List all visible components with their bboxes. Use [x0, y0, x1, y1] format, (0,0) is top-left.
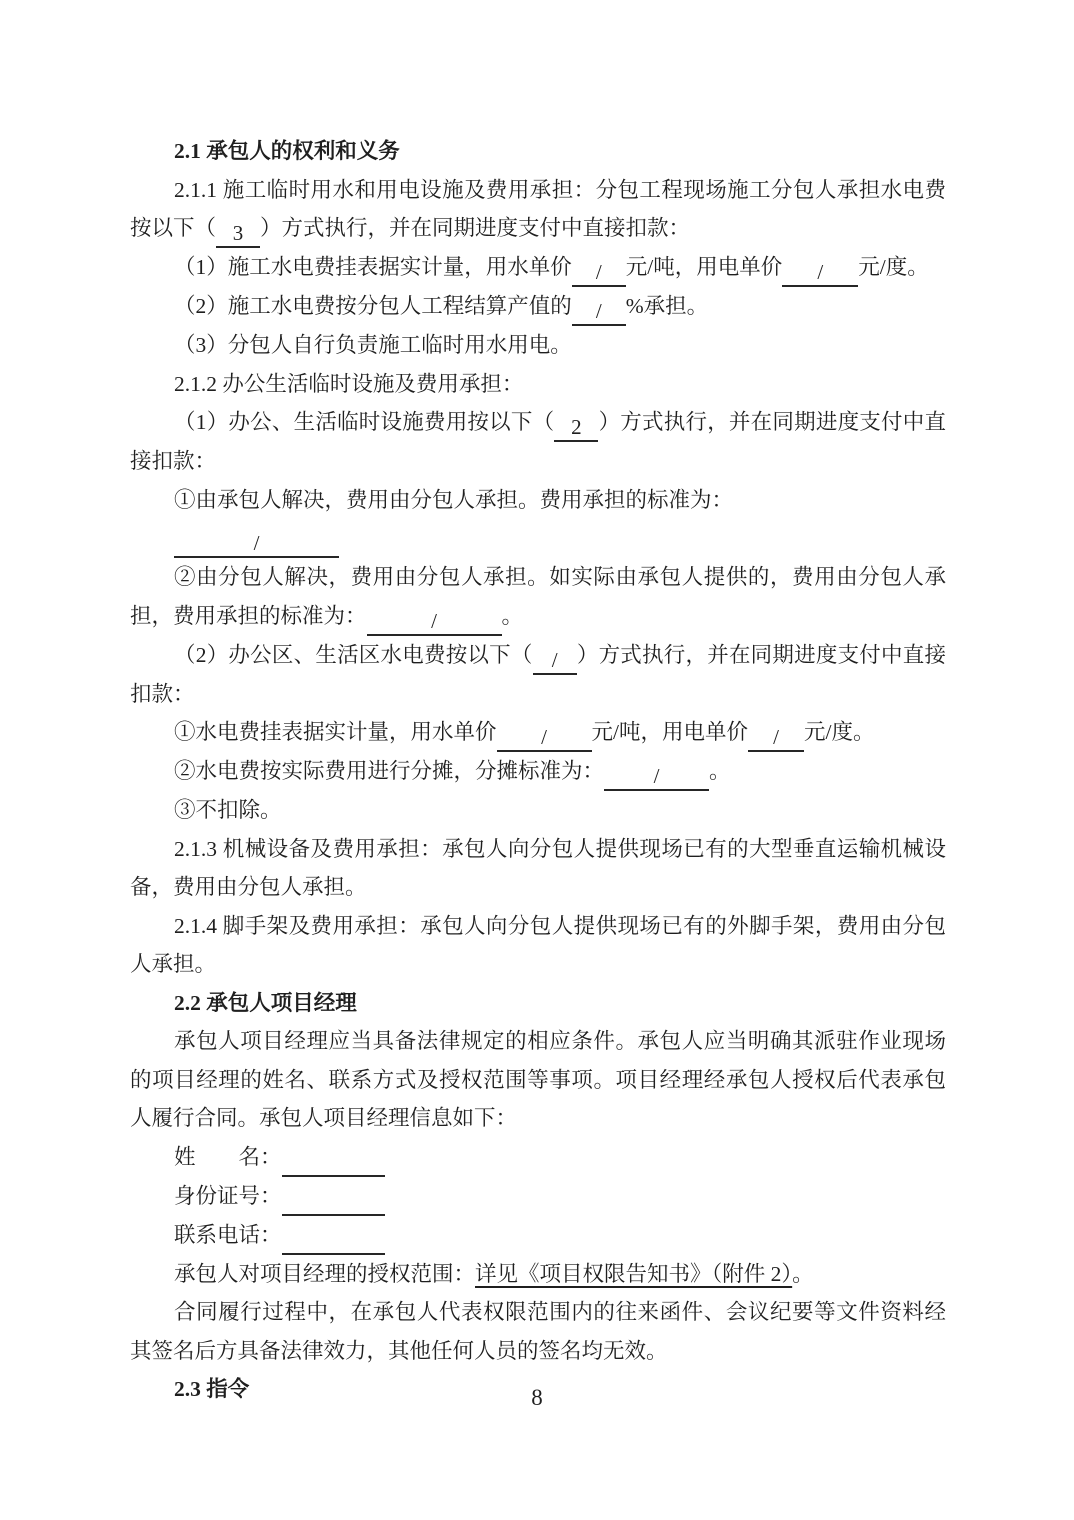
text-run: %承担。 [626, 294, 708, 318]
page-footer: 8 [0, 1385, 1074, 1411]
fill-in-blank[interactable]: 2 [554, 415, 598, 442]
text-run: ①由承包人解决，费用由分包人承担。费用承担的标准为： [174, 488, 733, 512]
underlined-text: 详见《项目权限告知书》（附件 2） [475, 1262, 792, 1286]
paragraph: 2.1.4 脚手架及费用承担：承包人向分包人提供现场已有的外脚手架，费用由分包人… [130, 907, 946, 984]
text-run: （1）施工水电费挂表据实计量，用水单价 [174, 255, 572, 279]
paragraph: 合同履行过程中，在承包人代表权限范围内的往来函件、会议纪要等文件资料经其签名后方… [130, 1293, 946, 1370]
text-run: 元/吨，用电单价 [626, 255, 782, 279]
fill-in-blank[interactable]: / [497, 725, 592, 752]
fill-in-blank[interactable] [282, 1228, 385, 1255]
text-run: 承包人对项目经理的授权范围： [174, 1262, 475, 1286]
paragraph: 身份证号： [130, 1177, 946, 1216]
fill-in-blank[interactable] [282, 1150, 385, 1177]
paragraph: ③不扣除。 [130, 791, 946, 830]
paragraph: （1）办公、生活临时设施费用按以下（2）方式执行，并在同期进度支付中直接扣款： [130, 403, 946, 481]
text-run: 2.1.4 脚手架及费用承担：承包人向分包人提供现场已有的外脚手架，费用由分包人… [130, 914, 946, 977]
paragraph: 姓 名： [130, 1138, 946, 1177]
text-run: 。 [709, 759, 731, 783]
paragraph: 联系电话： [130, 1216, 946, 1255]
document-body: 2.1 承包人的权利和义务2.1.1 施工临时用水和用电设施及费用承担：分包工程… [130, 132, 946, 1409]
paragraph: ①由承包人解决，费用由分包人承担。费用承担的标准为： [130, 481, 946, 520]
fill-in-blank[interactable]: / [572, 299, 626, 326]
text-run: 2.2 承包人项目经理 [174, 991, 357, 1015]
fill-in-blank[interactable]: / [174, 531, 339, 558]
fill-in-blank[interactable]: / [604, 764, 709, 791]
text-run: ③不扣除。 [174, 798, 282, 822]
page-number: 8 [531, 1385, 543, 1410]
text-run: （2）施工水电费按分包人工程结算产值的 [174, 294, 572, 318]
paragraph: ②由分包人解决，费用由分包人承担。如实际由承包人提供的，费用由分包人承担，费用承… [130, 558, 946, 636]
fill-in-blank[interactable]: 3 [216, 221, 260, 248]
paragraph: （1）施工水电费挂表据实计量，用水单价/元/吨，用电单价/元/度。 [130, 248, 946, 287]
text-run: 合同履行过程中，在承包人代表权限范围内的往来函件、会议纪要等文件资料经其签名后方… [130, 1300, 946, 1363]
paragraph: ②水电费按实际费用进行分摊，分摊标准为：/。 [130, 752, 946, 791]
text-run: （2）办公区、生活区水电费按以下（ [174, 643, 533, 667]
paragraph: 2.1.1 施工临时用水和用电设施及费用承担：分包工程现场施工分包人承担水电费按… [130, 171, 946, 249]
paragraph: 2.1.3 机械设备及费用承担：承包人向分包人提供现场已有的大型垂直运输机械设备… [130, 830, 946, 907]
text-run: 。 [502, 604, 524, 628]
text-run: （3）分包人自行负责施工临时用水用电。 [174, 333, 572, 357]
text-run: ）方式执行，并在同期进度支付中直接扣款： [260, 216, 690, 240]
fill-in-blank[interactable]: / [533, 648, 577, 675]
fill-in-blank[interactable] [282, 1189, 385, 1216]
text-run: 2.1 承包人的权利和义务 [174, 139, 400, 163]
contract-page: 2.1 承包人的权利和义务2.1.1 施工临时用水和用电设施及费用承担：分包工程… [0, 0, 1074, 1520]
paragraph: / [130, 519, 946, 558]
text-run: 联系电话： [174, 1223, 282, 1247]
text-run: ②由分包人解决，费用由分包人承担。如实际由承包人提供的，费用由分包人承担，费用承… [130, 565, 946, 628]
paragraph: （2）办公区、生活区水电费按以下（/）方式执行，并在同期进度支付中直接扣款： [130, 636, 946, 714]
fill-in-blank[interactable]: / [748, 725, 804, 752]
paragraph: 2.1.2 办公生活临时设施及费用承担： [130, 365, 946, 404]
text-run: ②水电费按实际费用进行分摊，分摊标准为： [174, 759, 604, 783]
text-run: 。 [792, 1262, 814, 1286]
paragraph: 承包人对项目经理的授权范围：详见《项目权限告知书》（附件 2）。 [130, 1255, 946, 1294]
fill-in-blank[interactable]: / [782, 260, 858, 287]
text-run: ①水电费挂表据实计量，用水单价 [174, 720, 497, 744]
text-run: 承包人项目经理应当具备法律规定的相应条件。承包人应当明确其派驻作业现场的项目经理… [130, 1029, 946, 1130]
text-run: 元/吨，用电单价 [592, 720, 748, 744]
section-heading: 2.2 承包人项目经理 [130, 984, 946, 1023]
fill-in-blank[interactable]: / [367, 609, 502, 636]
text-run: 姓 名： [174, 1145, 282, 1169]
text-run: 2.1.2 办公生活临时设施及费用承担： [174, 372, 523, 396]
text-run: 元/度。 [804, 720, 874, 744]
paragraph: （2）施工水电费按分包人工程结算产值的/%承担。 [130, 287, 946, 326]
text-run: （1）办公、生活临时设施费用按以下（ [174, 410, 554, 434]
paragraph: 承包人项目经理应当具备法律规定的相应条件。承包人应当明确其派驻作业现场的项目经理… [130, 1022, 946, 1138]
text-run: 2.1.3 机械设备及费用承担：承包人向分包人提供现场已有的大型垂直运输机械设备… [130, 837, 946, 900]
text-run: 身份证号： [174, 1184, 282, 1208]
section-heading: 2.1 承包人的权利和义务 [130, 132, 946, 171]
paragraph: ①水电费挂表据实计量，用水单价/元/吨，用电单价/元/度。 [130, 713, 946, 752]
fill-in-blank[interactable]: / [572, 260, 626, 287]
text-run: 元/度。 [858, 255, 928, 279]
paragraph: （3）分包人自行负责施工临时用水用电。 [130, 326, 946, 365]
